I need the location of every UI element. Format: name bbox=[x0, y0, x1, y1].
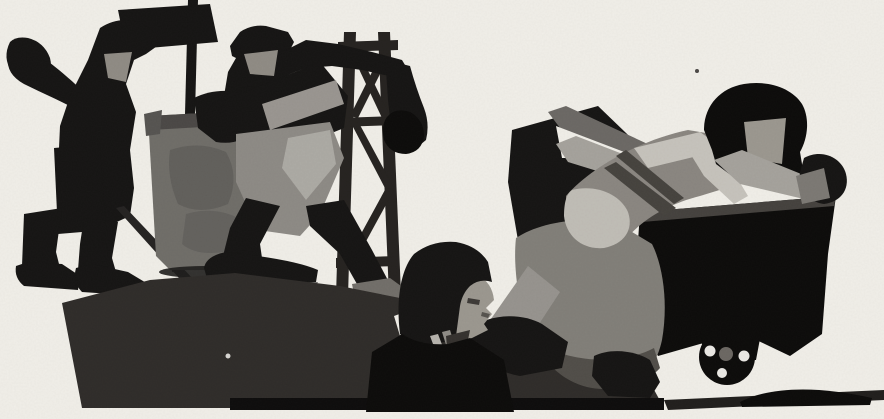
grain-texture-light bbox=[0, 0, 884, 419]
print-scene bbox=[0, 0, 884, 419]
woodcut-print bbox=[0, 0, 884, 419]
